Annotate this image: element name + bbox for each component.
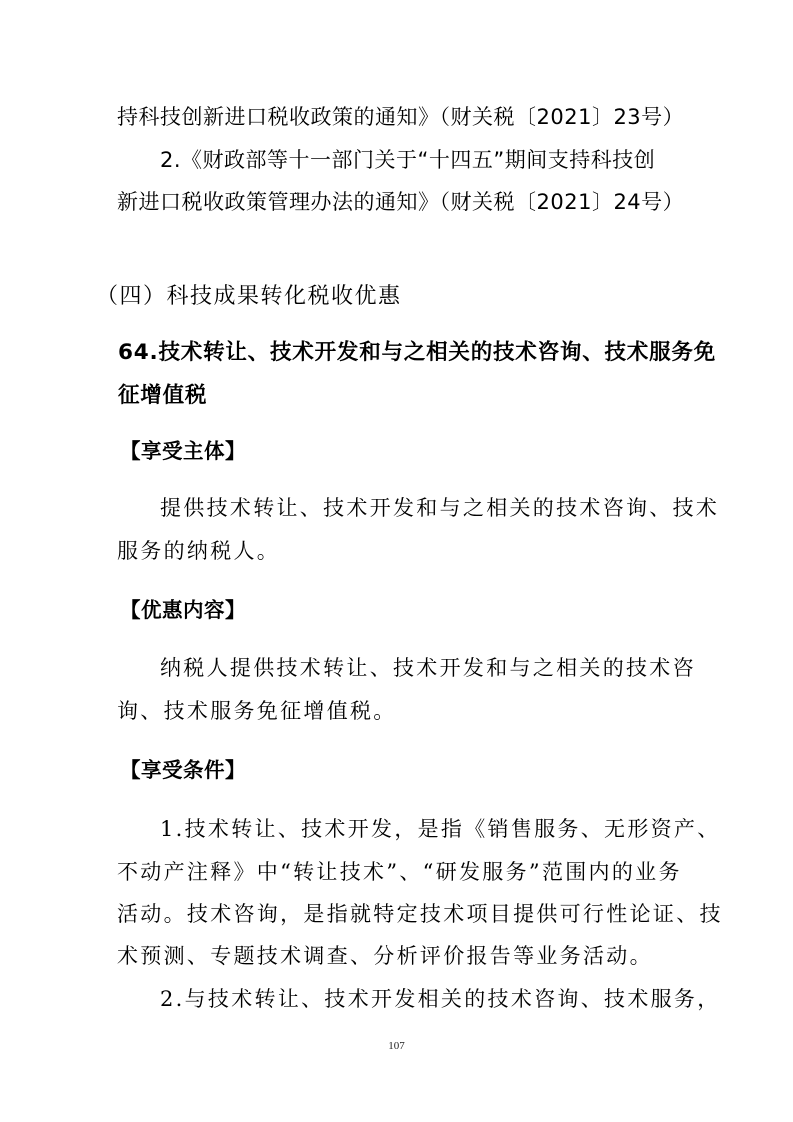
- benefit-content-label: 【优惠内容】: [120, 596, 246, 624]
- paragraph-line: 提供技术转让、技术开发和与之相关的技术咨询、技术: [160, 494, 719, 522]
- eligible-subject-label: 【享受主体】: [120, 437, 246, 465]
- paragraph-line: 纳税人提供技术转让、技术开发和与之相关的技术咨: [160, 654, 696, 682]
- reference-line: 持科技创新进口税收政策的通知》（财关税〔2021〕23号）: [117, 103, 684, 131]
- reference-item-2-line: 新进口税收政策管理办法的通知》（财关税〔2021〕24号）: [117, 188, 684, 216]
- section-heading: （四）科技成果转化税收优惠: [96, 283, 402, 311]
- policy-title-line: 征增值税: [118, 382, 207, 410]
- paragraph-line: 2.与技术转让、技术开发相关的技术咨询、技术服务，: [160, 985, 721, 1013]
- paragraph-line: 服务的纳税人。: [117, 537, 280, 565]
- paragraph-line: 不动产注释》中“转让技术”、“研发服务”范围内的业务: [117, 858, 682, 886]
- paragraph-line: 术预测、专题技术调查、分析评价报告等业务活动。: [117, 942, 653, 970]
- reference-item-2-line: 2.《财政部等十一部门关于“十四五”期间支持科技创: [160, 146, 655, 174]
- page-number: 107: [0, 1040, 793, 1052]
- policy-title-line: 64.技术转让、技术开发和与之相关的技术咨询、技术服务免: [118, 339, 716, 367]
- paragraph-line: 询、技术服务免征增值税。: [117, 697, 397, 725]
- paragraph-line: 1.技术转让、技术开发，是指《销售服务、无形资产、: [160, 815, 721, 843]
- paragraph-line: 活动。技术咨询，是指就特定技术项目提供可行性论证、技: [117, 900, 723, 928]
- conditions-label: 【享受条件】: [120, 756, 246, 784]
